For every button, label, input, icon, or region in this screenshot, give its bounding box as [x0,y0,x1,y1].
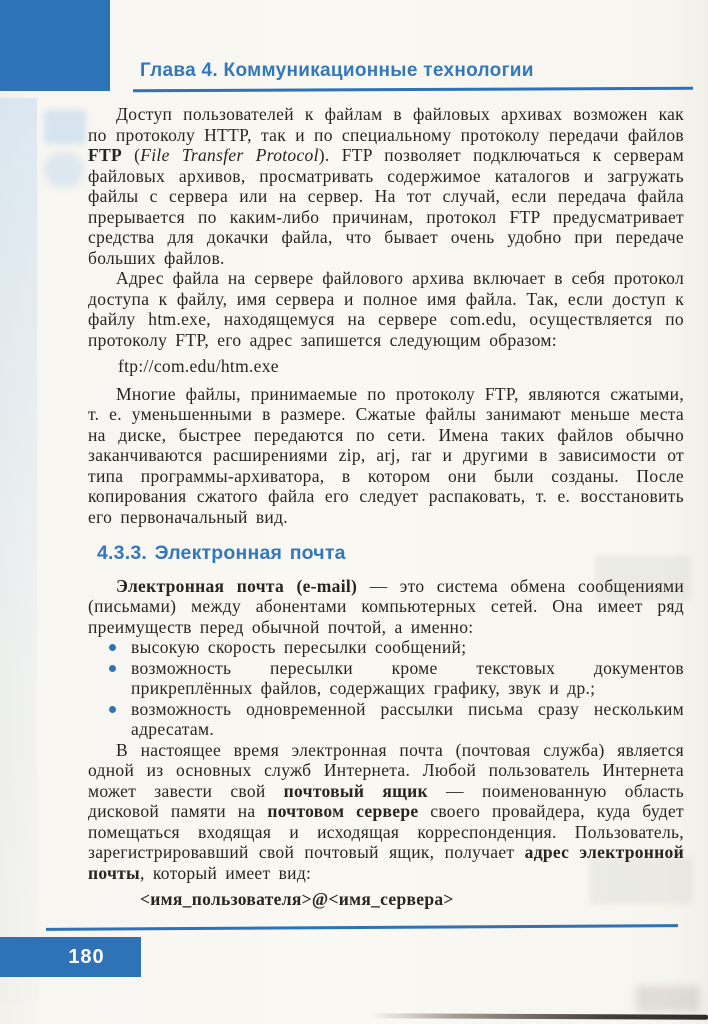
scan-smudge [636,986,700,1012]
text-run: Адрес файла на сервере файлового архива … [88,268,684,350]
text-run: FTP [88,145,122,165]
page-number: 180 [68,946,104,969]
bullet-item: возможность пересылки кроме текстовых до… [88,658,684,699]
section-heading: 4.3.3. Электронная почта [88,543,684,564]
bullet-icon [109,706,116,713]
header-rule [133,87,693,92]
text-run: 4.3.3. Электронная почта [97,542,346,564]
text-run: возможность одновременной рассылки письм… [131,699,684,740]
paragraph: Адрес файла на сервере файлового архива … [88,268,684,350]
paragraph: Доступ пользователей к файлам в файловых… [88,104,684,268]
text-run: , который имеет вид: [140,863,311,883]
text-run: Многие файлы, принимаемые по протоколу F… [88,384,684,527]
text-run: высокую скорость пересылки сообщений; [131,637,466,657]
paragraph: В настоящее время электронная почта (поч… [88,740,684,884]
chapter-header: Глава 4. Коммуникационные технологии [140,60,688,82]
text-run: возможность пересылки кроме текстовых до… [131,658,684,699]
scan-edge [370,1013,708,1019]
text-run: почтовый ящик [284,781,428,801]
code-line: <имя_пользователя>@<имя_сервера> [88,889,684,910]
bullet-icon [109,665,116,672]
footer-rule [46,924,678,931]
text-run: File Transfer Protocol [140,145,318,165]
code-line: ftp://com.edu/htm.exe [88,356,684,377]
bullet-item: высокую скорость пересылки сообщений; [88,637,684,658]
text-run: Электронная почта (e-mail) [116,576,357,596]
bullet-item: возможность одновременной рассылки письм… [88,699,684,740]
corner-decoration [0,0,110,91]
show-through-mark [44,152,84,188]
text-run: ftp://com.edu/htm.exe [118,356,279,376]
text-run: ( [122,145,140,165]
chapter-title: Глава 4. Коммуникационные технологии [140,60,534,81]
text-run: <имя_пользователя>@<имя_сервера> [140,889,454,909]
left-margin-show-through [0,98,37,1003]
text-run: почтовом сервере [267,801,418,821]
book-page: Глава 4. Коммуникационные технологии Дос… [0,0,708,1024]
show-through-mark [44,110,86,144]
bullet-icon [109,644,116,651]
paragraph: Электронная почта (e-mail) — это система… [88,576,684,638]
page-number-badge: 180 [0,937,141,977]
page-content: Доступ пользователей к файлам в файловых… [88,104,684,917]
paragraph: Многие файлы, принимаемые по протоколу F… [88,384,684,528]
text-run: Доступ пользователей к файлам в файловых… [88,104,684,145]
